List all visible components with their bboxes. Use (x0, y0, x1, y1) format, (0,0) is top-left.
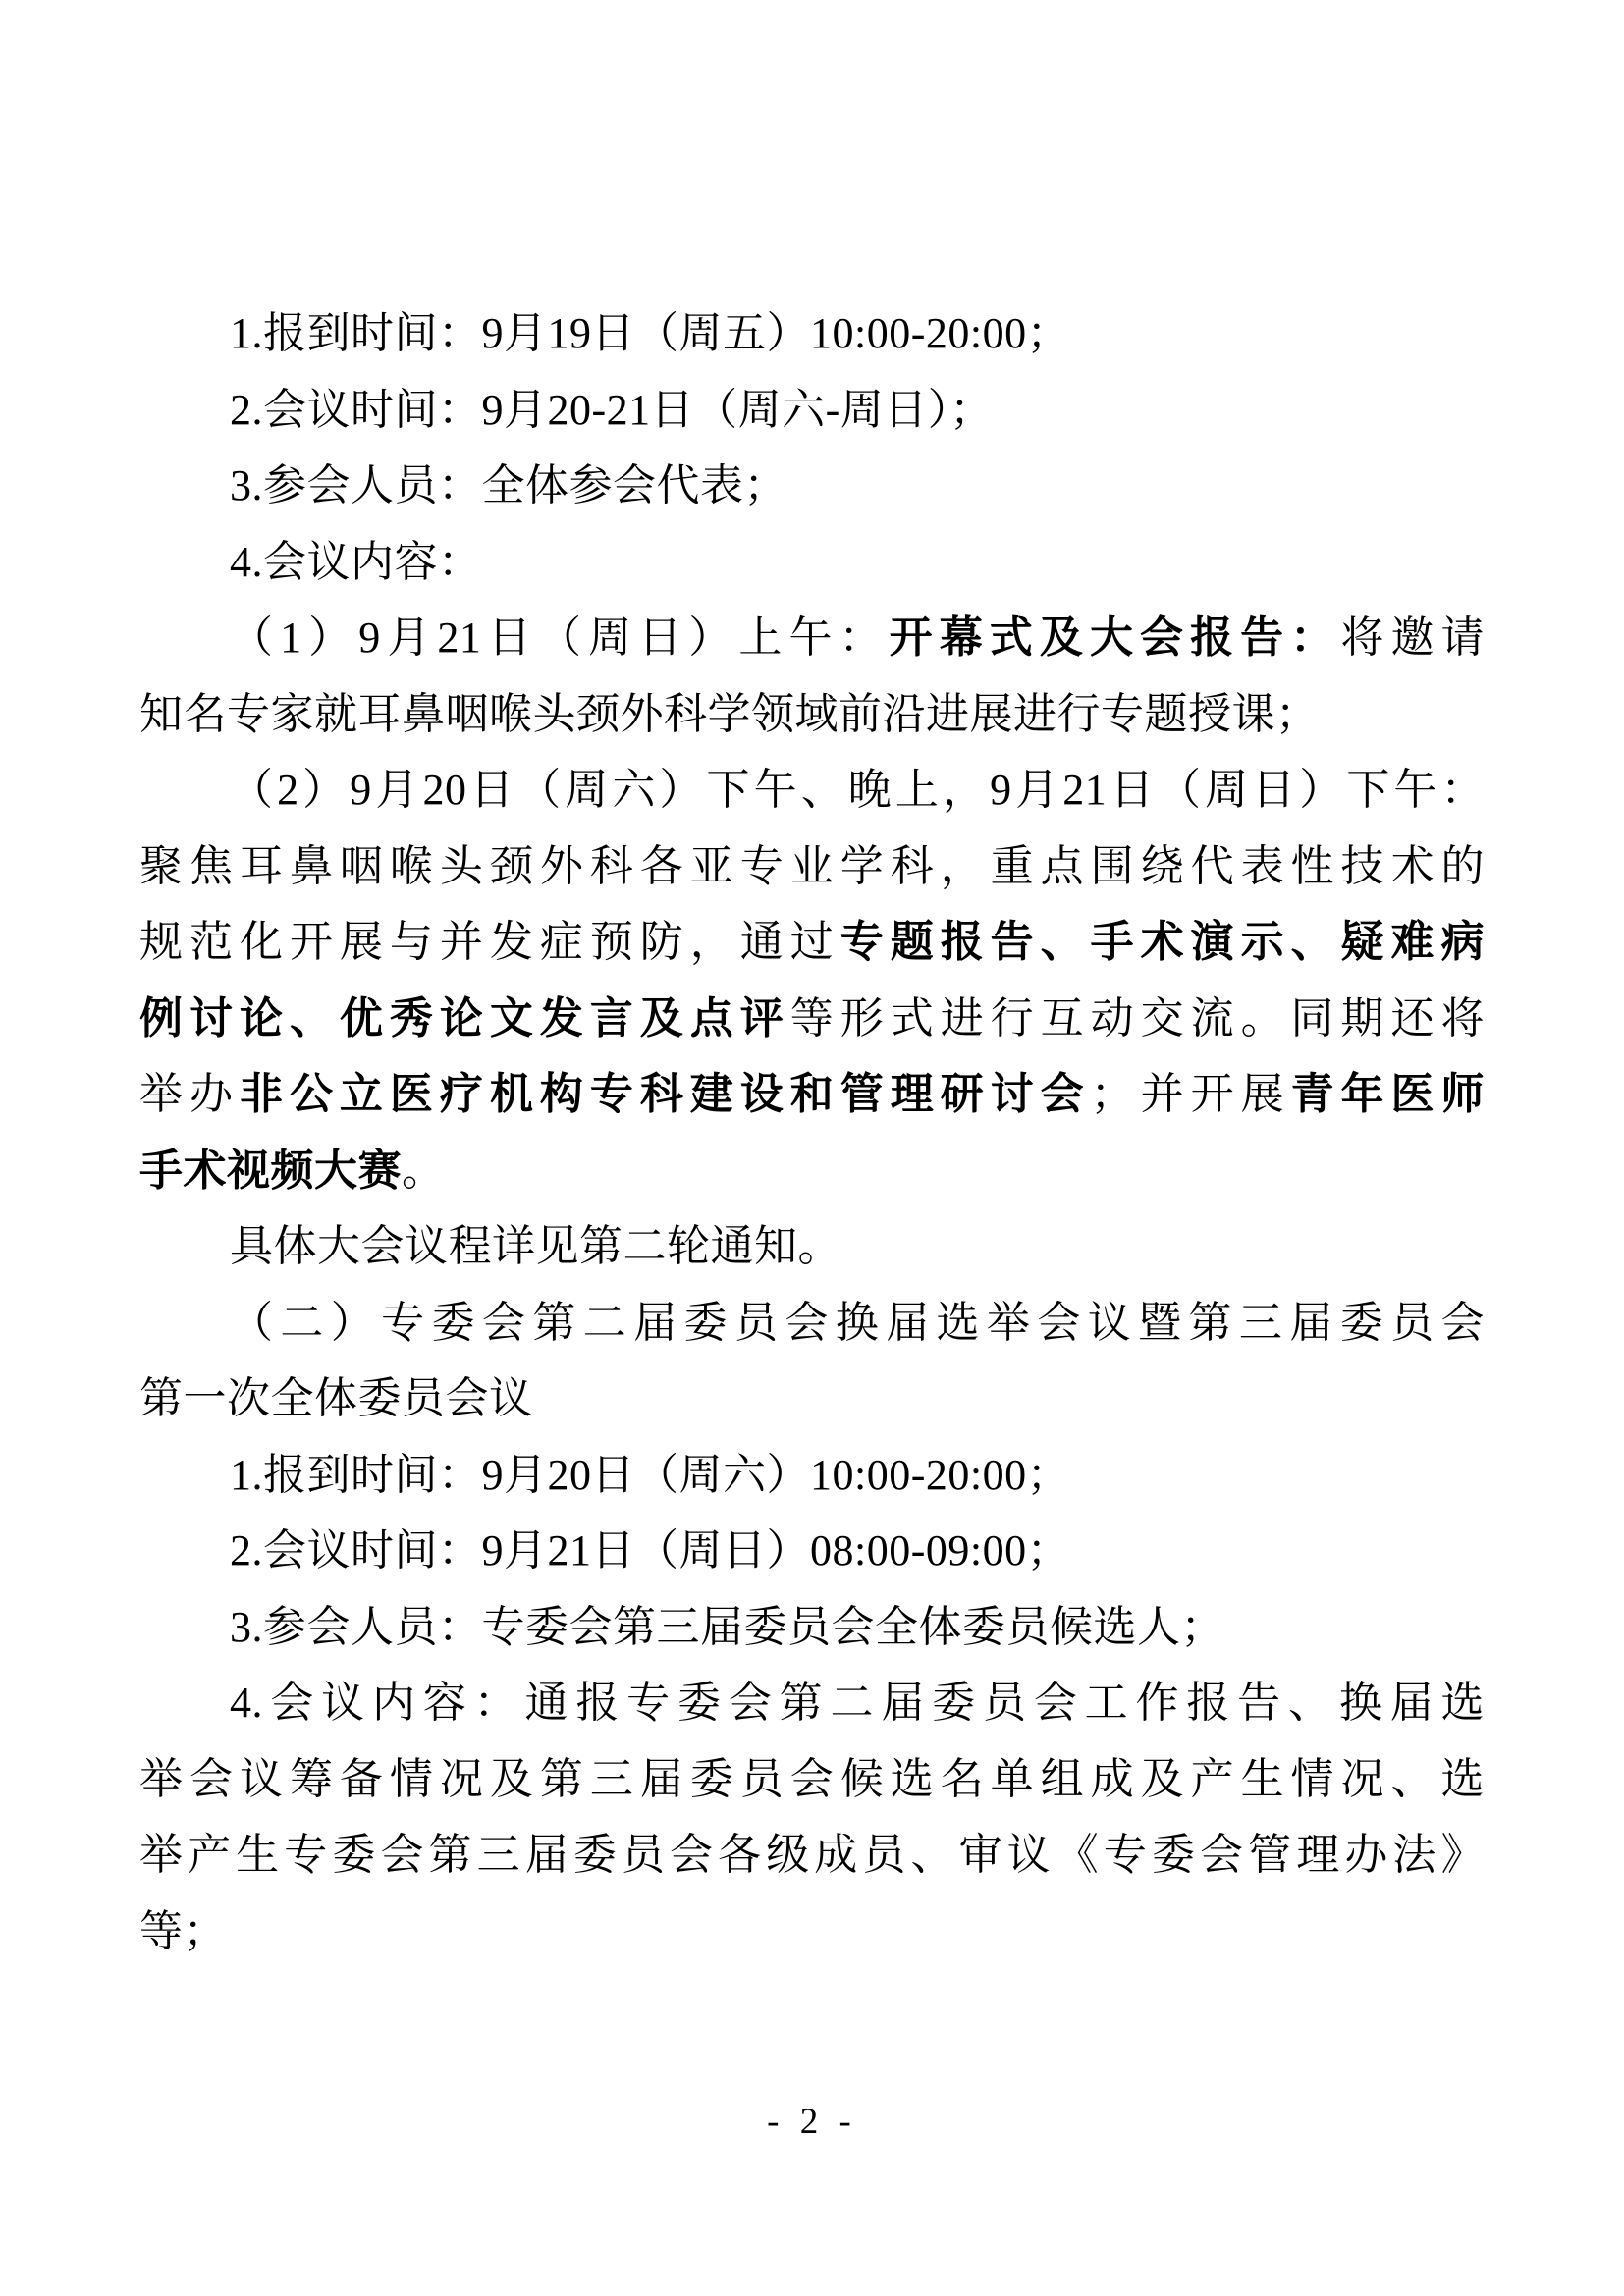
heading-line: 第一次全体委员会议 (139, 1361, 1485, 1437)
text-line: 2.会议时间：9月21日（周日）08:00-09:00； (139, 1513, 1485, 1589)
text-run: 将邀请 (1340, 614, 1485, 662)
text-run: 举办 (139, 1070, 240, 1118)
text-run: 。 (402, 1147, 446, 1195)
text-line: 手术视频大赛。 (139, 1133, 1485, 1209)
text-line: 例讨论、优秀论文发言及点评等形式进行互动交流。同期还将 (139, 981, 1485, 1057)
text-run: 3.参会人员：全体参会代表； (230, 461, 787, 509)
bold-text-run: 手术视频大赛 (139, 1147, 402, 1195)
text-line: 举会议筹备情况及第三届委员会候选名单组成及产生情况、选 (139, 1741, 1485, 1818)
text-line: 3.参会人员：全体参会代表； (139, 448, 1485, 524)
text-run: 举产生专委会第三届委员会各级成员、审议《专委会管理办法》 (139, 1831, 1485, 1879)
bold-text-run: 专题报告、手术演示、疑难病 (840, 918, 1485, 966)
text-run: （1）9月21日（周日）上午： (230, 614, 890, 662)
bold-text-run: 开幕式及大会报告： (890, 614, 1341, 662)
text-line: 3.参会人员：专委会第三届委员会全体委员候选人； (139, 1589, 1485, 1666)
text-run: 等； (139, 1907, 227, 1955)
text-run: 2.会议时间：9月21日（周日）08:00-09:00； (230, 1526, 1070, 1575)
text-line: 知名专家就耳鼻咽喉头颈外科学领域前沿进展进行专题授课； (139, 676, 1485, 753)
page-number: - 2 - (0, 2099, 1624, 2146)
text-line: 具体大会议程详见第二轮通知。 (139, 1208, 1485, 1285)
text-run: 聚焦耳鼻咽喉头颈外科各亚专业学科，重点围绕代表性技术的 (139, 842, 1485, 890)
text-line: （1）9月21日（周日）上午：开幕式及大会报告：将邀请 (139, 600, 1485, 676)
text-run: 知名专家就耳鼻咽喉头颈外科学领域前沿进展进行专题授课； (139, 690, 1320, 738)
text-run: ；并开展 (1091, 1070, 1291, 1118)
text-run: 举会议筹备情况及第三届委员会候选名单组成及产生情况、选 (139, 1755, 1485, 1803)
text-run: 4.会议内容： (230, 538, 482, 586)
document-page: 1.报到时间：9月19日（周五）10:00-20:00；2.会议时间：9月20-… (0, 0, 1624, 2296)
text-run: 等形式进行互动交流。同期还将 (790, 994, 1485, 1042)
text-run: 具体大会议程详见第二轮通知。 (230, 1222, 841, 1270)
text-run: 3.参会人员：专委会第三届委员会全体委员候选人； (230, 1603, 1224, 1651)
text-run: 2.会议时间：9月20-21日（周六-周日）； (230, 386, 994, 434)
text-run: 4.会议内容：通报专委会第二届委员会工作报告、换届选 (230, 1679, 1485, 1727)
text-line: 4.会议内容： (139, 524, 1485, 601)
text-line: 举产生专委会第三届委员会各级成员、审议《专委会管理办法》 (139, 1817, 1485, 1894)
text-line: 举办非公立医疗机构专科建设和管理研讨会；并开展青年医师 (139, 1056, 1485, 1133)
text-line: 规范化开展与并发症预防，通过专题报告、手术演示、疑难病 (139, 904, 1485, 981)
text-run: 1.报到时间：9月19日（周五）10:00-20:00； (230, 309, 1070, 357)
text-line: 聚焦耳鼻咽喉头颈外科各亚专业学科，重点围绕代表性技术的 (139, 828, 1485, 905)
bold-text-run: 青年医师 (1291, 1070, 1485, 1118)
text-line: 4.会议内容：通报专委会第二届委员会工作报告、换届选 (139, 1665, 1485, 1741)
text-line: 1.报到时间：9月19日（周五）10:00-20:00； (139, 295, 1485, 372)
text-line: 1.报到时间：9月20日（周六）10:00-20:00； (139, 1437, 1485, 1514)
text-line: 等； (139, 1894, 1485, 1970)
heading-line: （二）专委会第二届委员会换届选举会议暨第三届委员会 (139, 1285, 1485, 1362)
text-line: （2）9月20日（周六）下午、晚上，9月21日（周日）下午： (139, 752, 1485, 828)
text-run: 第一次全体委员会议 (139, 1374, 533, 1422)
text-run: 规范化开展与并发症预防，通过 (139, 918, 840, 966)
text-run: 1.报到时间：9月20日（周六）10:00-20:00； (230, 1451, 1070, 1499)
text-run: （2）9月20日（周六）下午、晚上，9月21日（周日）下午： (230, 766, 1485, 814)
text-line: 2.会议时间：9月20-21日（周六-周日）； (139, 372, 1485, 449)
bold-text-run: 例讨论、优秀论文发言及点评 (139, 994, 790, 1042)
text-run: （二）专委会第二届委员会换届选举会议暨第三届委员会 (230, 1299, 1485, 1347)
bold-text-run: 非公立医疗机构专科建设和管理研讨会 (240, 1070, 1091, 1118)
document-body: 1.报到时间：9月19日（周五）10:00-20:00；2.会议时间：9月20-… (139, 295, 1485, 1969)
